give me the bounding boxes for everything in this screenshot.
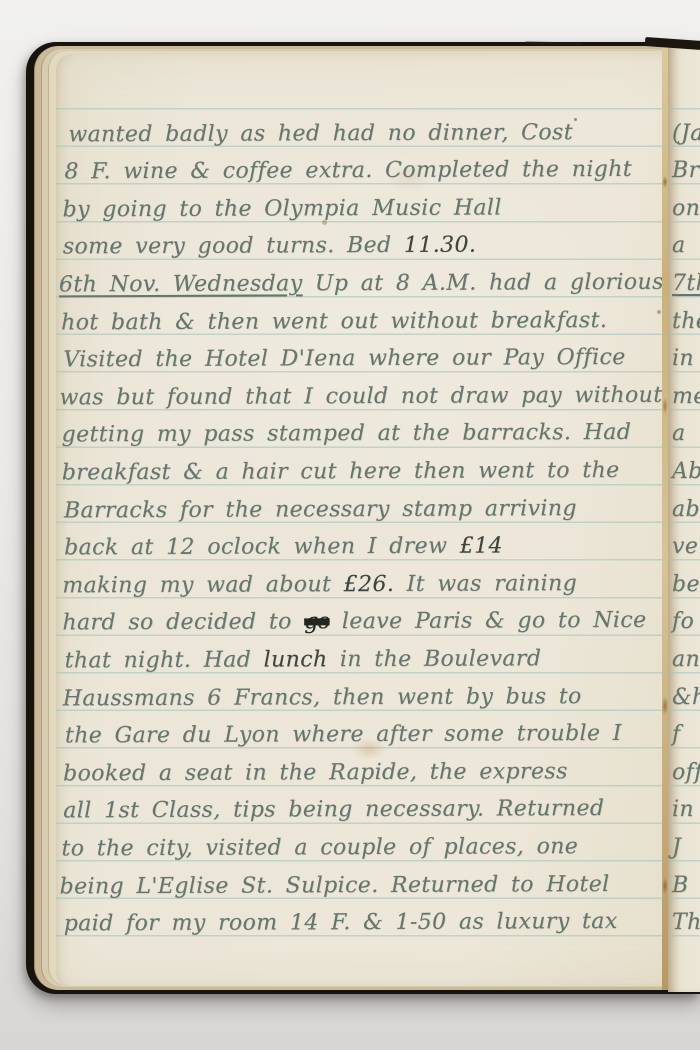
diary-line-segment: breakfast & a hair cut here then went to… [62, 458, 620, 485]
diary-line: Haussmans 6 Francs, then went by bus to [63, 682, 582, 718]
diary-line: breakfast & a hair cut here then went to… [62, 456, 620, 492]
diary-line: hard so decided to go leave Paris & go t… [62, 606, 646, 643]
diary-line-segment: to the city, visited a couple of places,… [61, 834, 578, 861]
diary-line-segment: by going to the Olympia Music Hall [63, 195, 502, 222]
left-page: wanted badly as hed had no dinner, Cost8… [56, 54, 700, 986]
diary-line: all 1st Class, tips being necessary. Ret… [63, 794, 604, 830]
diary-line-segment: 11.30. [404, 233, 476, 258]
diary-line-segment: Haussmans 6 Francs, then went by bus to [63, 684, 582, 711]
diary-fragment: on [672, 194, 700, 228]
diary-line-segment: hot bath & then went out without breakfa… [61, 308, 607, 335]
diary-line-segment: go [304, 610, 329, 635]
diary-line-segment: lunch [264, 647, 328, 672]
diary-line-segment: It was raining [394, 571, 577, 597]
diary-fragment: f [672, 720, 681, 754]
diary-line: 6th Nov. Wednesday Up at 8 A.M. had a gl… [59, 268, 664, 305]
diary-line-segment: leave Paris & go to Nice [329, 608, 646, 634]
diary-line-segment: back at 12 oclock when I drew [64, 534, 460, 561]
diary-line-segment: making my wad about [62, 572, 343, 598]
diary-fragment: a [672, 231, 686, 265]
diary-line: some very good turns. Bed 11.30. [63, 231, 477, 267]
diary-line: paid for my room 14 F. & 1-50 as luxury … [64, 907, 618, 943]
diary-fragment: off [672, 758, 700, 792]
diary-line-segment: getting my pass stamped at the barracks.… [62, 420, 632, 447]
diary-line: Visited the Hotel D'Iena where our Pay O… [63, 343, 625, 379]
diary-fragment: B [672, 871, 689, 905]
diary-line: by going to the Olympia Music Hall [63, 193, 502, 229]
photo-backdrop: wanted badly as hed had no dinner, Cost8… [0, 0, 700, 1050]
diary-fragment: (Ja [672, 119, 700, 153]
diary-fragment: &h [672, 683, 700, 717]
diary-line: wanted badly as hed had no dinner, Cost [68, 118, 573, 154]
diary-line-segment: all 1st Class, tips being necessary. Ret… [63, 796, 604, 823]
diary-fragment: the [672, 307, 700, 341]
diary-fragment: J [672, 833, 681, 867]
diary-line-segment: booked a seat in the Rapide, the express [63, 759, 568, 786]
diary-fragment: Ab [672, 457, 700, 491]
diary-line-segment: hard so decided to [62, 610, 304, 636]
diary-line: to the city, visited a couple of places,… [61, 832, 578, 868]
diary-line: the Gare du Lyon where after some troubl… [65, 719, 622, 755]
diary-fragment: fo [672, 607, 694, 641]
diary-fragment: a [672, 419, 686, 453]
diary-line: back at 12 oclock when I drew £14 [64, 532, 503, 568]
diary-line-segment: 6th Nov. Wednesday [59, 271, 303, 297]
diary-line-segment: Visited the Hotel D'Iena where our Pay O… [63, 345, 625, 372]
diary-fragment: Th [672, 908, 700, 942]
diary-fragment: in [672, 344, 694, 378]
diary-line: being L'Eglise St. Sulpice. Returned to … [60, 870, 610, 906]
diary-line: was but found that I could not draw pay … [59, 381, 662, 418]
diary-line: getting my pass stamped at the barracks.… [62, 418, 632, 454]
diary-line-segment: was but found that I could not draw pay … [59, 383, 662, 411]
diary-line-segment: the Gare du Lyon where after some troubl… [65, 721, 622, 748]
handwriting-block: wanted badly as hed had no dinner, Cost8… [54, 53, 700, 988]
diary-line: 8 F. wine & coffee extra. Completed the … [64, 155, 632, 191]
diary-line-segment: that night. Had [65, 648, 264, 674]
diary-line-segment: £14 [460, 534, 503, 559]
diary-line-segment: being L'Eglise St. Sulpice. Returned to … [60, 872, 610, 899]
diary-line-segment: £26. [344, 572, 395, 597]
diary-line: booked a seat in the Rapide, the express [63, 757, 568, 793]
diary-line: Barracks for the necessary stamp arrivin… [64, 494, 577, 530]
diary-line-segment: in the Boulevard [327, 646, 541, 672]
diary-fragment: bee [672, 570, 700, 604]
diary-fragment: ver [672, 532, 700, 566]
diary-fragment: me [672, 382, 700, 416]
diary-fragment: ab [672, 495, 700, 529]
diary-line-segment: some very good turns. Bed [63, 233, 404, 259]
diary-fragment: Bro [672, 156, 700, 190]
diary-line: making my wad about £26. It was raining [62, 569, 577, 605]
diary-line: that night. Had lunch in the Boulevard [65, 644, 542, 680]
diary-line-segment: Up at 8 A.M. had a glorious [302, 270, 663, 297]
diary-fragment: an [672, 645, 700, 679]
diary-line-segment: paid for my room 14 F. & 1-50 as luxury … [64, 909, 618, 936]
diary-line-segment: Barracks for the necessary stamp arrivin… [64, 496, 577, 523]
diary-line: hot bath & then went out without breakfa… [61, 306, 607, 342]
diary-fragment: in [672, 795, 694, 829]
diary-line-segment: wanted badly as hed had no dinner, Cost [68, 120, 573, 147]
diary-line-segment: 8 F. wine & coffee extra. Completed the … [64, 157, 632, 184]
diary-fragment: 7th [672, 269, 700, 303]
right-page-sliver: (JaBroona7ththeinmeaAbabverbeefoan&hfoff… [668, 46, 700, 992]
